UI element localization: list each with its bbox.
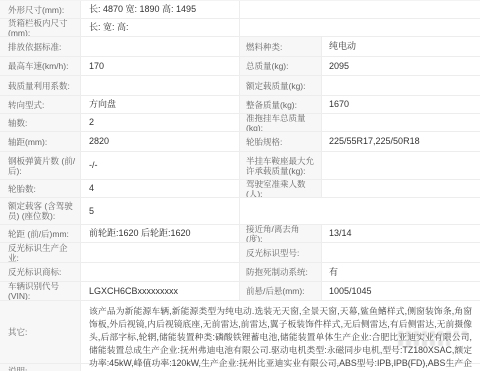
spec-label	[240, 1, 322, 18]
spec-value: 有	[322, 263, 480, 281]
spec-value: 长: 宽: 高:	[81, 19, 240, 36]
spec-label	[240, 19, 322, 36]
spec-label: 轮胎数:	[0, 180, 81, 197]
spec-label: 反光标识型号:	[240, 243, 322, 262]
spec-row: 轮胎数: 4 驾驶室准乘人数 (人):	[0, 180, 480, 198]
spec-value	[81, 243, 240, 262]
spec-label: 轮胎规格:	[240, 132, 322, 151]
spec-label: 外形尺寸(mm):	[0, 1, 81, 18]
spec-label: 车辆识别代号 (VIN):	[0, 282, 81, 300]
vehicle-spec-table: 外形尺寸(mm): 长: 4870 宽: 1890 高: 1495 货箱栏板内尺…	[0, 0, 480, 371]
spec-value	[322, 180, 480, 197]
spec-label: 燃料种类:	[240, 37, 322, 56]
spec-label: 准拖挂车总质量(kg):	[240, 114, 322, 131]
spec-label: 额定载客 (含驾驶员) (座位数):	[0, 198, 81, 224]
spec-label: 额定载质量(kg):	[240, 76, 322, 95]
other-label: 其它:	[0, 301, 81, 363]
spec-row: 排放依据标准: 燃料种类: 纯电动	[0, 37, 480, 57]
spec-value	[322, 19, 480, 36]
spec-row: 轮距 (前/后)mm: 前轮距:1620 后轮距:1620 接近角/离去角 (度…	[0, 225, 480, 243]
spec-label: 排放依据标准:	[0, 37, 81, 56]
spec-label: 总质量(kg):	[240, 57, 322, 75]
spec-label: 货箱栏板内尺寸(mm):	[0, 19, 81, 36]
spec-value: 长: 4870 宽: 1890 高: 1495	[81, 1, 240, 18]
spec-value: 2	[81, 114, 240, 131]
spec-value	[322, 114, 480, 131]
spec-label: 反光标识生产企业:	[0, 243, 81, 262]
spec-value: 5	[81, 198, 240, 224]
spec-value: 4	[81, 180, 240, 197]
spec-label: 最高车速(km/h):	[0, 57, 81, 75]
spec-row: 外形尺寸(mm): 长: 4870 宽: 1890 高: 1495	[0, 1, 480, 19]
spec-value	[81, 263, 240, 281]
spec-value: 225/55R17,225/50R18	[322, 132, 480, 151]
spec-label: 轴数:	[0, 114, 81, 131]
spec-label: 整备质量(kg):	[240, 96, 322, 113]
other-specs-row: 其它: 该产品为新能源车辆,新能源类型为纯电动.选装无天窗,全景天窗,天幕,鲨鱼…	[0, 301, 480, 364]
spec-value: 2095	[322, 57, 480, 75]
spec-label: 接近角/离去角 (度):	[240, 225, 322, 242]
spec-value	[322, 152, 480, 179]
spec-label: 轴距(mm):	[0, 132, 81, 151]
spec-label: 驾驶室准乘人数 (人):	[240, 180, 322, 197]
spec-value	[81, 76, 240, 95]
spec-value: 方向盘	[81, 96, 240, 113]
spec-row: 反光标识生产企业: 反光标识型号:	[0, 243, 480, 263]
spec-row: 轴数: 2 准拖挂车总质量(kg):	[0, 114, 480, 132]
spec-value	[322, 243, 480, 262]
spec-row: 载质量利用系数: 额定载质量(kg):	[0, 76, 480, 96]
spec-value	[322, 1, 480, 18]
spec-row: 额定载客 (含驾驶员) (座位数): 5	[0, 198, 480, 225]
spec-value: 前轮距:1620 后轮距:1620	[81, 225, 240, 242]
spec-label: 反光标识商标:	[0, 263, 81, 281]
spec-value: 13/14	[322, 225, 480, 242]
spec-value: 170	[81, 57, 240, 75]
spec-label: 转向型式:	[0, 96, 81, 113]
spec-value: 纯电动	[322, 37, 480, 56]
spec-label: 轮距 (前/后)mm:	[0, 225, 81, 242]
spec-row: 反光标识商标: 防抱死制动系统: 有	[0, 263, 480, 282]
spec-label	[240, 198, 322, 224]
note-label: 说明:	[0, 364, 81, 371]
spec-row: 货箱栏板内尺寸(mm): 长: 宽: 高:	[0, 19, 480, 37]
spec-value	[81, 37, 240, 56]
spec-label: 钢板弹簧片数 (前/后):	[0, 152, 81, 179]
other-specs-text: 该产品为新能源车辆,新能源类型为纯电动.选装无天窗,全景天窗,天幕,鲨鱼鳍样式,…	[81, 301, 480, 363]
spec-value: LGXCH6CBxxxxxxxxx	[81, 282, 240, 300]
spec-row: 轴距(mm): 2820 轮胎规格: 225/55R17,225/50R18	[0, 132, 480, 152]
spec-label: 前悬/后悬(mm):	[240, 282, 322, 300]
spec-label: 防抱死制动系统:	[240, 263, 322, 281]
spec-value: 2820	[81, 132, 240, 151]
spec-value: -/-	[81, 152, 240, 179]
spec-value: 1005/1045	[322, 282, 480, 300]
spec-value: 1670	[322, 96, 480, 113]
spec-label: 载质量利用系数:	[0, 76, 81, 95]
spec-row: 转向型式: 方向盘 整备质量(kg): 1670	[0, 96, 480, 114]
spec-row: 车辆识别代号 (VIN): LGXCH6CBxxxxxxxxx 前悬/后悬(mm…	[0, 282, 480, 301]
spec-value	[322, 198, 480, 224]
spec-row: 钢板弹簧片数 (前/后): -/- 半挂车鞍座最大允许承载质量(kg):	[0, 152, 480, 180]
spec-row: 最高车速(km/h): 170 总质量(kg): 2095	[0, 57, 480, 76]
spec-value	[322, 76, 480, 95]
spec-label: 半挂车鞍座最大允许承载质量(kg):	[240, 152, 322, 179]
